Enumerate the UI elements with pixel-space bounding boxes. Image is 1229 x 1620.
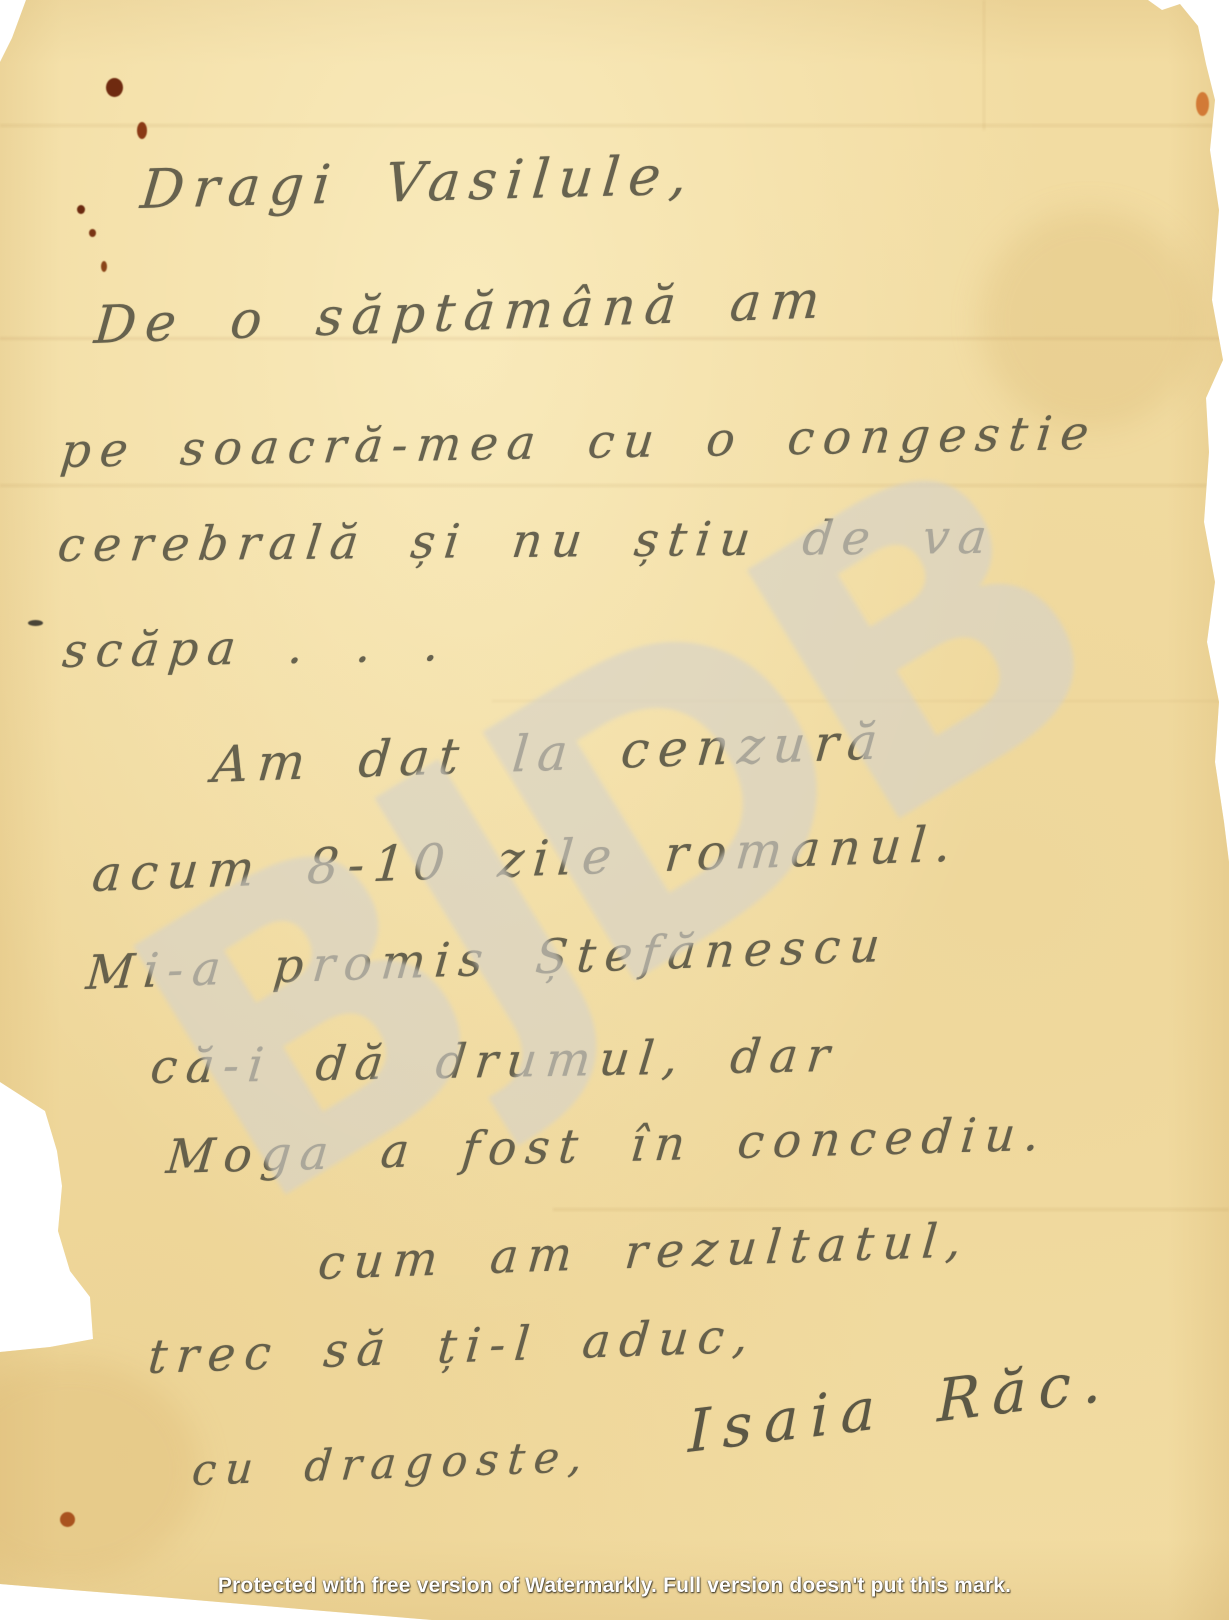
rust-spot [60, 1512, 75, 1527]
rust-spot [106, 78, 123, 97]
rust-spot [77, 205, 85, 214]
rust-spot [101, 261, 107, 272]
paper-spots [0, 0, 1229, 1620]
rust-spot [1196, 92, 1209, 116]
rust-spot [28, 620, 43, 626]
scanned-letter: Dragi Vasilule,De o săptămână ampe soacr… [0, 0, 1229, 1620]
watermarkly-notice: Protected with free version of Watermark… [0, 1574, 1229, 1598]
rust-spot [137, 122, 147, 139]
rust-spot [89, 229, 96, 237]
